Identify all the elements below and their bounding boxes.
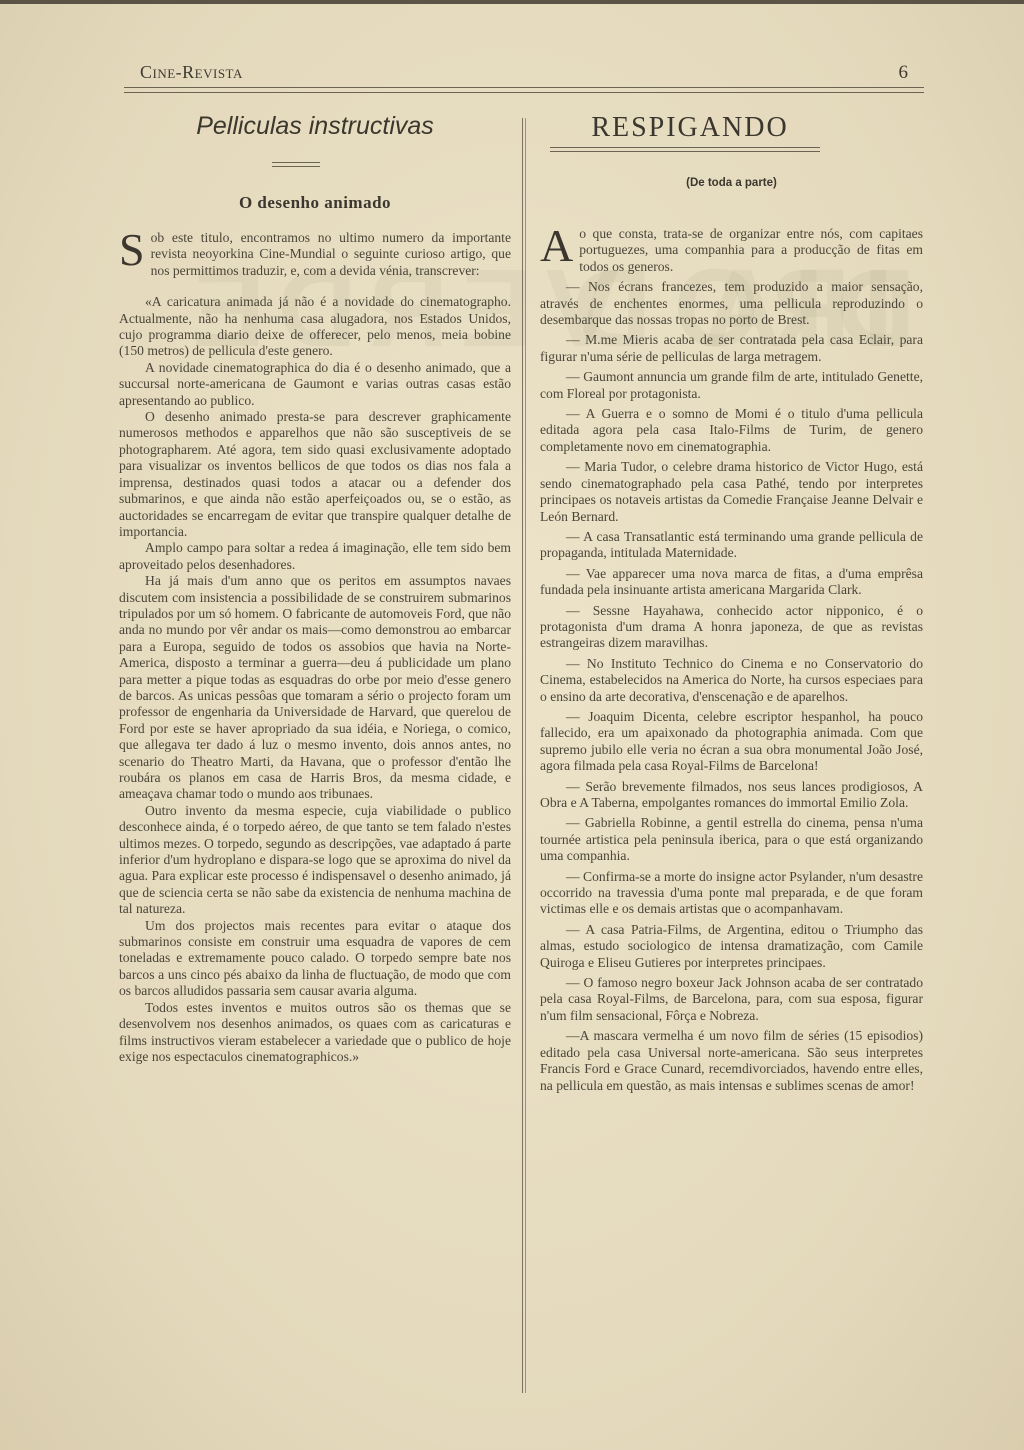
news-item: — M.me Mieris acaba de ser contratada pe… <box>540 332 923 365</box>
news-item: — Maria Tudor, o celebre drama historico… <box>540 459 923 525</box>
news-item: — A casa Patria-Films, de Argentina, edi… <box>540 922 923 971</box>
left-article-body: Sob este titulo, encontramos no ultimo n… <box>119 230 511 1065</box>
left-article-subtitle: O desenho animado <box>119 193 511 213</box>
title-rule <box>550 147 820 152</box>
publication-name: Cine-Revista <box>140 62 243 83</box>
magazine-page: IRO VERDE DIA D Cine-Revista 6 Pellicula… <box>0 0 1024 1450</box>
news-item: Ao que consta, trata-se de organizar ent… <box>540 226 923 275</box>
column-divider <box>522 118 523 1393</box>
news-item: — Confirma-se a morte do insigne actor P… <box>540 869 923 918</box>
paragraph: A novidade cinematographica do dia é o d… <box>119 360 511 409</box>
title-rule <box>272 162 320 167</box>
news-item: — O famoso negro boxeur Jack Johnson aca… <box>540 975 923 1024</box>
paragraph: Todos estes inventos e muitos outros são… <box>119 1000 511 1066</box>
news-item: — Joaquim Dicenta, celebre escriptor hes… <box>540 709 923 775</box>
news-item: — Gaumont annuncia um grande film de art… <box>540 369 923 402</box>
right-article-title: RESPIGANDO <box>540 112 840 144</box>
header-rule <box>124 87 924 93</box>
right-article-subtitle: (De toda a parte) <box>540 177 923 189</box>
paragraph: Ha já mais d'um anno que os peritos em a… <box>119 573 511 803</box>
news-item: — Gabriella Robinne, a gentil estrella d… <box>540 815 923 864</box>
news-item: — No Instituto Technico do Cinema e no C… <box>540 656 923 705</box>
dropcap: A <box>540 228 573 264</box>
paragraph: Um dos projectos mais recentes para evit… <box>119 918 511 1000</box>
news-item: — Sessne Hayahawa, conhecido actor nippo… <box>540 603 923 652</box>
page-top-edge <box>0 0 1024 4</box>
news-item: — Vae apparecer uma nova marca de fitas,… <box>540 566 923 599</box>
paragraph: Sob este titulo, encontramos no ultimo n… <box>119 230 511 279</box>
news-item: — Serão brevemente filmados, nos seus la… <box>540 779 923 812</box>
left-article-title: Pelliculas instructivas <box>119 112 511 141</box>
paragraph: Outro invento da mesma especie, cuja via… <box>119 803 511 918</box>
paragraph: «A caricatura animada já não é a novidad… <box>119 294 511 360</box>
news-item: — A casa Transatlantic está terminando u… <box>540 529 923 562</box>
dropcap: S <box>119 232 145 268</box>
right-article-body: Ao que consta, trata-se de organizar ent… <box>540 226 923 1094</box>
news-item: — A Guerra e o somno de Momi é o titulo … <box>540 406 923 455</box>
column-divider <box>525 118 526 1393</box>
paragraph: Amplo campo para soltar a redea á imagin… <box>119 540 511 573</box>
running-header: Cine-Revista 6 <box>140 62 908 86</box>
news-item: —A mascara vermelha é um novo film de sé… <box>540 1028 923 1094</box>
news-item: — Nos écrans francezes, tem produzido a … <box>540 279 923 328</box>
page-number: 6 <box>899 62 909 84</box>
paragraph: O desenho animado presta-se para descrev… <box>119 409 511 540</box>
